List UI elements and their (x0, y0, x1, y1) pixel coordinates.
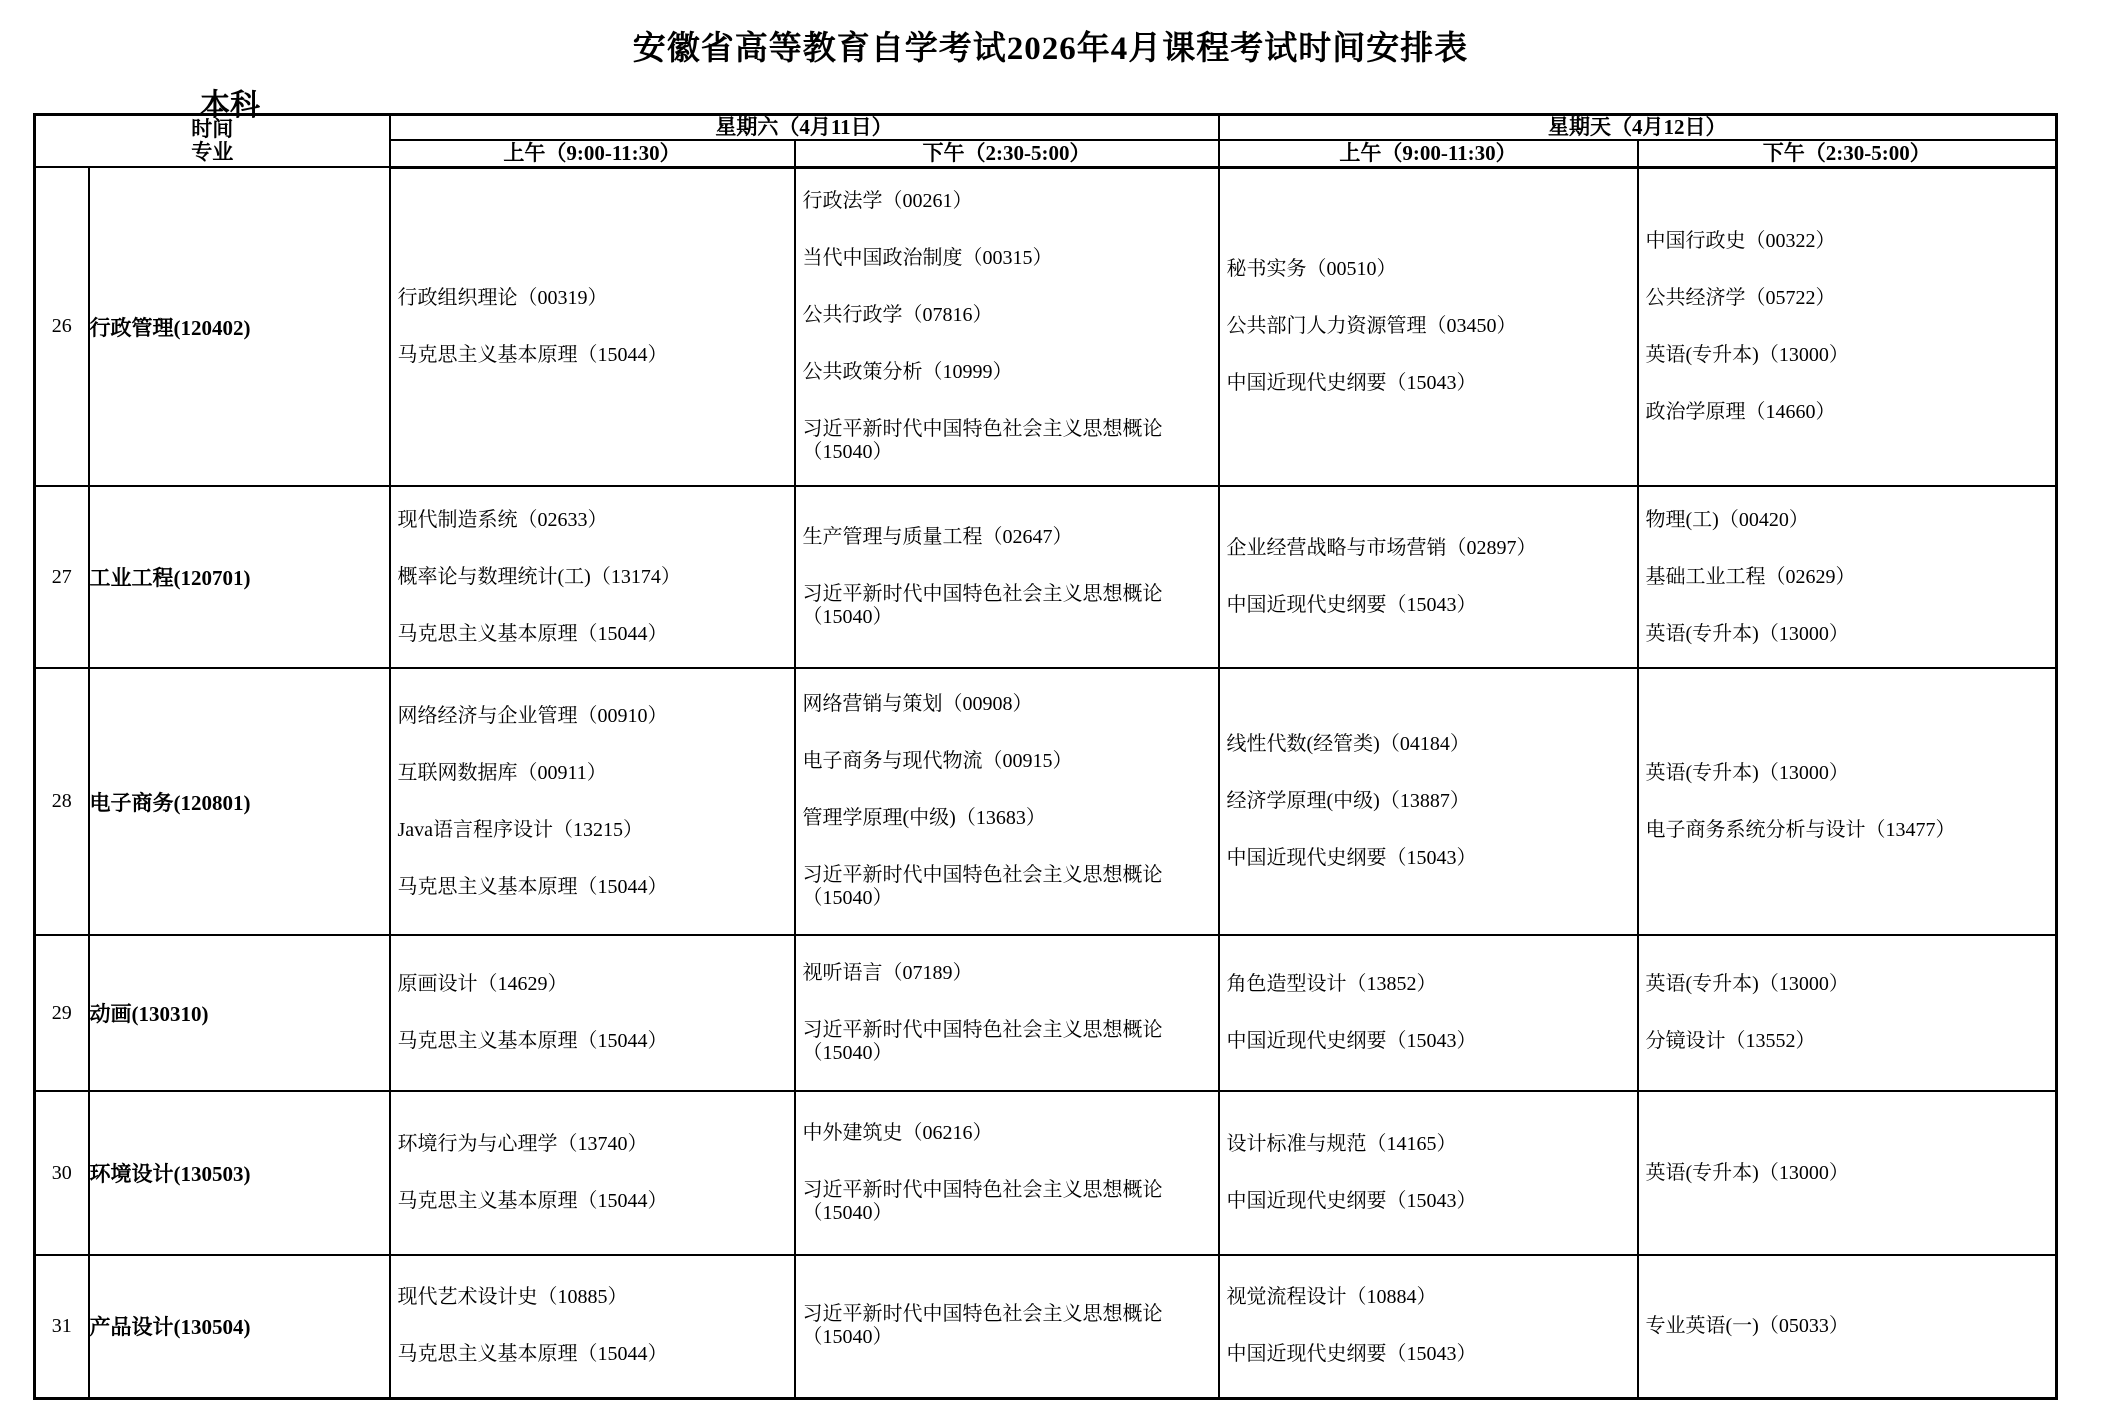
course-entry: 马克思主义基本原理（15044） (398, 623, 786, 646)
major-name: 动画(130310) (89, 935, 390, 1091)
course-entry: 马克思主义基本原理（15044） (398, 876, 786, 899)
major-name: 产品设计(130504) (89, 1255, 390, 1398)
cell-sat-am: 现代制造系统（02633）概率论与数理统计(工)（13174）马克思主义基本原理… (390, 486, 795, 668)
course-list: 视觉流程设计（10884）中国近现代史纲要（15043） (1220, 1258, 1637, 1395)
course-entry: 概率论与数理统计(工)（13174） (398, 566, 786, 589)
cell-sat-am: 原画设计（14629）马克思主义基本原理（15044） (390, 935, 795, 1091)
row-number: 27 (35, 486, 89, 668)
course-list: 角色造型设计（13852）中国近现代史纲要（15043） (1220, 938, 1637, 1088)
corner-header-time: 时间 (36, 118, 389, 141)
row-number: 26 (35, 167, 89, 486)
course-list: 秘书实务（00510）公共部门人力资源管理（03450）中国近现代史纲要（150… (1220, 170, 1637, 483)
row-number: 30 (35, 1091, 89, 1255)
course-entry: 马克思主义基本原理（15044） (398, 344, 786, 367)
course-list: 英语(专升本)（13000） (1639, 1094, 2056, 1252)
course-list: 生产管理与质量工程（02647）习近平新时代中国特色社会主义思想概论（15040… (796, 489, 1218, 665)
schedule-body: 26行政管理(120402)行政组织理论（00319）马克思主义基本原理（150… (35, 167, 2057, 1398)
course-list: 线性代数(经管类)（04184）经济学原理(中级)（13887）中国近现代史纲要… (1220, 671, 1637, 932)
course-entry: Java语言程序设计（13215） (398, 819, 786, 842)
table-row: 31产品设计(130504)现代艺术设计史（10885）马克思主义基本原理（15… (35, 1255, 2057, 1398)
cell-sun-pm: 中国行政史（00322）公共经济学（05722）英语(专升本)（13000）政治… (1638, 167, 2057, 486)
course-entry: 政治学原理（14660） (1646, 401, 2048, 424)
course-entry: 习近平新时代中国特色社会主义思想概论（15040） (803, 583, 1210, 629)
course-entry: 视听语言（07189） (803, 962, 1210, 985)
course-entry: 行政组织理论（00319） (398, 287, 786, 310)
cell-sat-pm: 网络营销与策划（00908）电子商务与现代物流（00915）管理学原理(中级)（… (795, 668, 1219, 935)
course-entry: 视觉流程设计（10884） (1227, 1286, 1629, 1309)
course-entry: 企业经营战略与市场营销（02897） (1227, 537, 1629, 560)
cell-sat-pm: 生产管理与质量工程（02647）习近平新时代中国特色社会主义思想概论（15040… (795, 486, 1219, 668)
cell-sat-am: 网络经济与企业管理（00910）互联网数据库（00911）Java语言程序设计（… (390, 668, 795, 935)
course-entry: 设计标准与规范（14165） (1227, 1133, 1629, 1156)
table-row: 28电子商务(120801)网络经济与企业管理（00910）互联网数据库（009… (35, 668, 2057, 935)
saturday-pm-header: 下午（2:30-5:00） (795, 140, 1219, 167)
exam-schedule-table: 时间 专业 星期六（4月11日） 星期天（4月12日） 上午（9:00-11:3… (33, 113, 2058, 1400)
course-list: 现代艺术设计史（10885）马克思主义基本原理（15044） (391, 1258, 794, 1395)
header-day-row: 时间 专业 星期六（4月11日） 星期天（4月12日） (35, 115, 2057, 141)
course-entry: 中国行政史（00322） (1646, 230, 2048, 253)
course-list: 现代制造系统（02633）概率论与数理统计(工)（13174）马克思主义基本原理… (391, 489, 794, 665)
table-row: 26行政管理(120402)行政组织理论（00319）马克思主义基本原理（150… (35, 167, 2057, 486)
course-entry: 现代艺术设计史（10885） (398, 1286, 786, 1309)
cell-sun-am: 秘书实务（00510）公共部门人力资源管理（03450）中国近现代史纲要（150… (1219, 167, 1638, 486)
major-name: 行政管理(120402) (89, 167, 390, 486)
course-entry: 当代中国政治制度（00315） (803, 247, 1210, 270)
course-list: 行政组织理论（00319）马克思主义基本原理（15044） (391, 170, 794, 483)
course-entry: 分镜设计（13552） (1646, 1030, 2048, 1053)
course-entry: 秘书实务（00510） (1227, 258, 1629, 281)
saturday-am-header: 上午（9:00-11:30） (390, 140, 795, 167)
course-entry: 行政法学（00261） (803, 190, 1210, 213)
table-row: 30环境设计(130503)环境行为与心理学（13740）马克思主义基本原理（1… (35, 1091, 2057, 1255)
course-entry: 生产管理与质量工程（02647） (803, 526, 1210, 549)
page-title: 安徽省高等教育自学考试2026年4月课程考试时间安排表 (0, 22, 2101, 69)
course-entry: 公共经济学（05722） (1646, 287, 2048, 310)
course-entry: 电子商务系统分析与设计（13477） (1646, 819, 2048, 842)
table-row: 27工业工程(120701)现代制造系统（02633）概率论与数理统计(工)（1… (35, 486, 2057, 668)
course-list: 中国行政史（00322）公共经济学（05722）英语(专升本)（13000）政治… (1639, 170, 2056, 483)
course-entry: 中国近现代史纲要（15043） (1227, 1343, 1629, 1366)
course-list: 环境行为与心理学（13740）马克思主义基本原理（15044） (391, 1094, 794, 1252)
cell-sat-pm: 视听语言（07189）习近平新时代中国特色社会主义思想概论（15040） (795, 935, 1219, 1091)
course-entry: 网络营销与策划（00908） (803, 693, 1210, 716)
course-entry: 习近平新时代中国特色社会主义思想概论（15040） (803, 1303, 1210, 1349)
cell-sun-am: 线性代数(经管类)（04184）经济学原理(中级)（13887）中国近现代史纲要… (1219, 668, 1638, 935)
course-entry: 马克思主义基本原理（15044） (398, 1190, 786, 1213)
saturday-header: 星期六（4月11日） (390, 115, 1219, 141)
cell-sun-pm: 英语(专升本)（13000）电子商务系统分析与设计（13477） (1638, 668, 2057, 935)
course-list: 视听语言（07189）习近平新时代中国特色社会主义思想概论（15040） (796, 938, 1218, 1088)
cell-sun-pm: 英语(专升本)（13000）分镜设计（13552） (1638, 935, 2057, 1091)
cell-sat-pm: 中外建筑史（06216）习近平新时代中国特色社会主义思想概论（15040） (795, 1091, 1219, 1255)
course-entry: 物理(工)（00420） (1646, 509, 2048, 532)
sunday-header: 星期天（4月12日） (1219, 115, 2057, 141)
course-entry: 中国近现代史纲要（15043） (1227, 1190, 1629, 1213)
course-entry: 习近平新时代中国特色社会主义思想概论（15040） (803, 864, 1210, 910)
course-list: 英语(专升本)（13000）电子商务系统分析与设计（13477） (1639, 671, 2056, 932)
course-entry: 英语(专升本)（13000） (1646, 1162, 2048, 1185)
course-entry: 角色造型设计（13852） (1227, 973, 1629, 996)
course-entry: 英语(专升本)（13000） (1646, 623, 2048, 646)
course-entry: 公共行政学（07816） (803, 304, 1210, 327)
course-entry: 中国近现代史纲要（15043） (1227, 594, 1629, 617)
course-entry: 专业英语(一)（05033） (1646, 1315, 2048, 1338)
major-name: 环境设计(130503) (89, 1091, 390, 1255)
course-entry: 经济学原理(中级)（13887） (1227, 790, 1629, 813)
course-entry: 公共部门人力资源管理（03450） (1227, 315, 1629, 338)
corner-header-major: 专业 (36, 141, 389, 164)
course-entry: 线性代数(经管类)（04184） (1227, 733, 1629, 756)
course-entry: 马克思主义基本原理（15044） (398, 1343, 786, 1366)
course-entry: 管理学原理(中级)（13683） (803, 807, 1210, 830)
course-list: 习近平新时代中国特色社会主义思想概论（15040） (796, 1258, 1218, 1395)
course-entry: 原画设计（14629） (398, 973, 786, 996)
cell-sun-am: 设计标准与规范（14165）中国近现代史纲要（15043） (1219, 1091, 1638, 1255)
sunday-pm-header: 下午（2:30-5:00） (1638, 140, 2057, 167)
course-entry: 中国近现代史纲要（15043） (1227, 1030, 1629, 1053)
cell-sat-pm: 行政法学（00261）当代中国政治制度（00315）公共行政学（07816）公共… (795, 167, 1219, 486)
course-list: 物理(工)（00420）基础工业工程（02629）英语(专升本)（13000） (1639, 489, 2056, 665)
course-list: 行政法学（00261）当代中国政治制度（00315）公共行政学（07816）公共… (796, 170, 1218, 483)
cell-sun-pm: 英语(专升本)（13000） (1638, 1091, 2057, 1255)
table-row: 29动画(130310)原画设计（14629）马克思主义基本原理（15044）视… (35, 935, 2057, 1091)
row-number: 29 (35, 935, 89, 1091)
course-entry: 马克思主义基本原理（15044） (398, 1030, 786, 1053)
cell-sat-am: 现代艺术设计史（10885）马克思主义基本原理（15044） (390, 1255, 795, 1398)
sunday-am-header: 上午（9:00-11:30） (1219, 140, 1638, 167)
course-list: 企业经营战略与市场营销（02897）中国近现代史纲要（15043） (1220, 489, 1637, 665)
cell-sat-pm: 习近平新时代中国特色社会主义思想概论（15040） (795, 1255, 1219, 1398)
course-entry: 互联网数据库（00911） (398, 762, 786, 785)
course-entry: 基础工业工程（02629） (1646, 566, 2048, 589)
row-number: 28 (35, 668, 89, 935)
course-entry: 公共政策分析（10999） (803, 361, 1210, 384)
course-list: 网络营销与策划（00908）电子商务与现代物流（00915）管理学原理(中级)（… (796, 671, 1218, 932)
corner-header: 时间 专业 (35, 115, 390, 168)
course-entry: 英语(专升本)（13000） (1646, 762, 2048, 785)
course-entry: 习近平新时代中国特色社会主义思想概论（15040） (803, 1019, 1210, 1065)
course-list: 英语(专升本)（13000）分镜设计（13552） (1639, 938, 2056, 1088)
course-entry: 英语(专升本)（13000） (1646, 344, 2048, 367)
course-entry: 环境行为与心理学（13740） (398, 1133, 786, 1156)
course-entry: 现代制造系统（02633） (398, 509, 786, 532)
course-entry: 中外建筑史（06216） (803, 1122, 1210, 1145)
cell-sat-am: 环境行为与心理学（13740）马克思主义基本原理（15044） (390, 1091, 795, 1255)
course-entry: 中国近现代史纲要（15043） (1227, 372, 1629, 395)
cell-sun-pm: 专业英语(一)（05033） (1638, 1255, 2057, 1398)
cell-sat-am: 行政组织理论（00319）马克思主义基本原理（15044） (390, 167, 795, 486)
course-entry: 中国近现代史纲要（15043） (1227, 847, 1629, 870)
cell-sun-pm: 物理(工)（00420）基础工业工程（02629）英语(专升本)（13000） (1638, 486, 2057, 668)
major-name: 电子商务(120801) (89, 668, 390, 935)
course-entry: 网络经济与企业管理（00910） (398, 705, 786, 728)
cell-sun-am: 角色造型设计（13852）中国近现代史纲要（15043） (1219, 935, 1638, 1091)
course-list: 设计标准与规范（14165）中国近现代史纲要（15043） (1220, 1094, 1637, 1252)
course-list: 网络经济与企业管理（00910）互联网数据库（00911）Java语言程序设计（… (391, 671, 794, 932)
course-list: 专业英语(一)（05033） (1639, 1258, 2056, 1395)
major-name: 工业工程(120701) (89, 486, 390, 668)
course-list: 原画设计（14629）马克思主义基本原理（15044） (391, 938, 794, 1088)
course-list: 中外建筑史（06216）习近平新时代中国特色社会主义思想概论（15040） (796, 1094, 1218, 1252)
course-entry: 习近平新时代中国特色社会主义思想概论（15040） (803, 1179, 1210, 1225)
course-entry: 英语(专升本)（13000） (1646, 973, 2048, 996)
cell-sun-am: 视觉流程设计（10884）中国近现代史纲要（15043） (1219, 1255, 1638, 1398)
course-entry: 习近平新时代中国特色社会主义思想概论（15040） (803, 418, 1210, 464)
cell-sun-am: 企业经营战略与市场营销（02897）中国近现代史纲要（15043） (1219, 486, 1638, 668)
course-entry: 电子商务与现代物流（00915） (803, 750, 1210, 773)
row-number: 31 (35, 1255, 89, 1398)
